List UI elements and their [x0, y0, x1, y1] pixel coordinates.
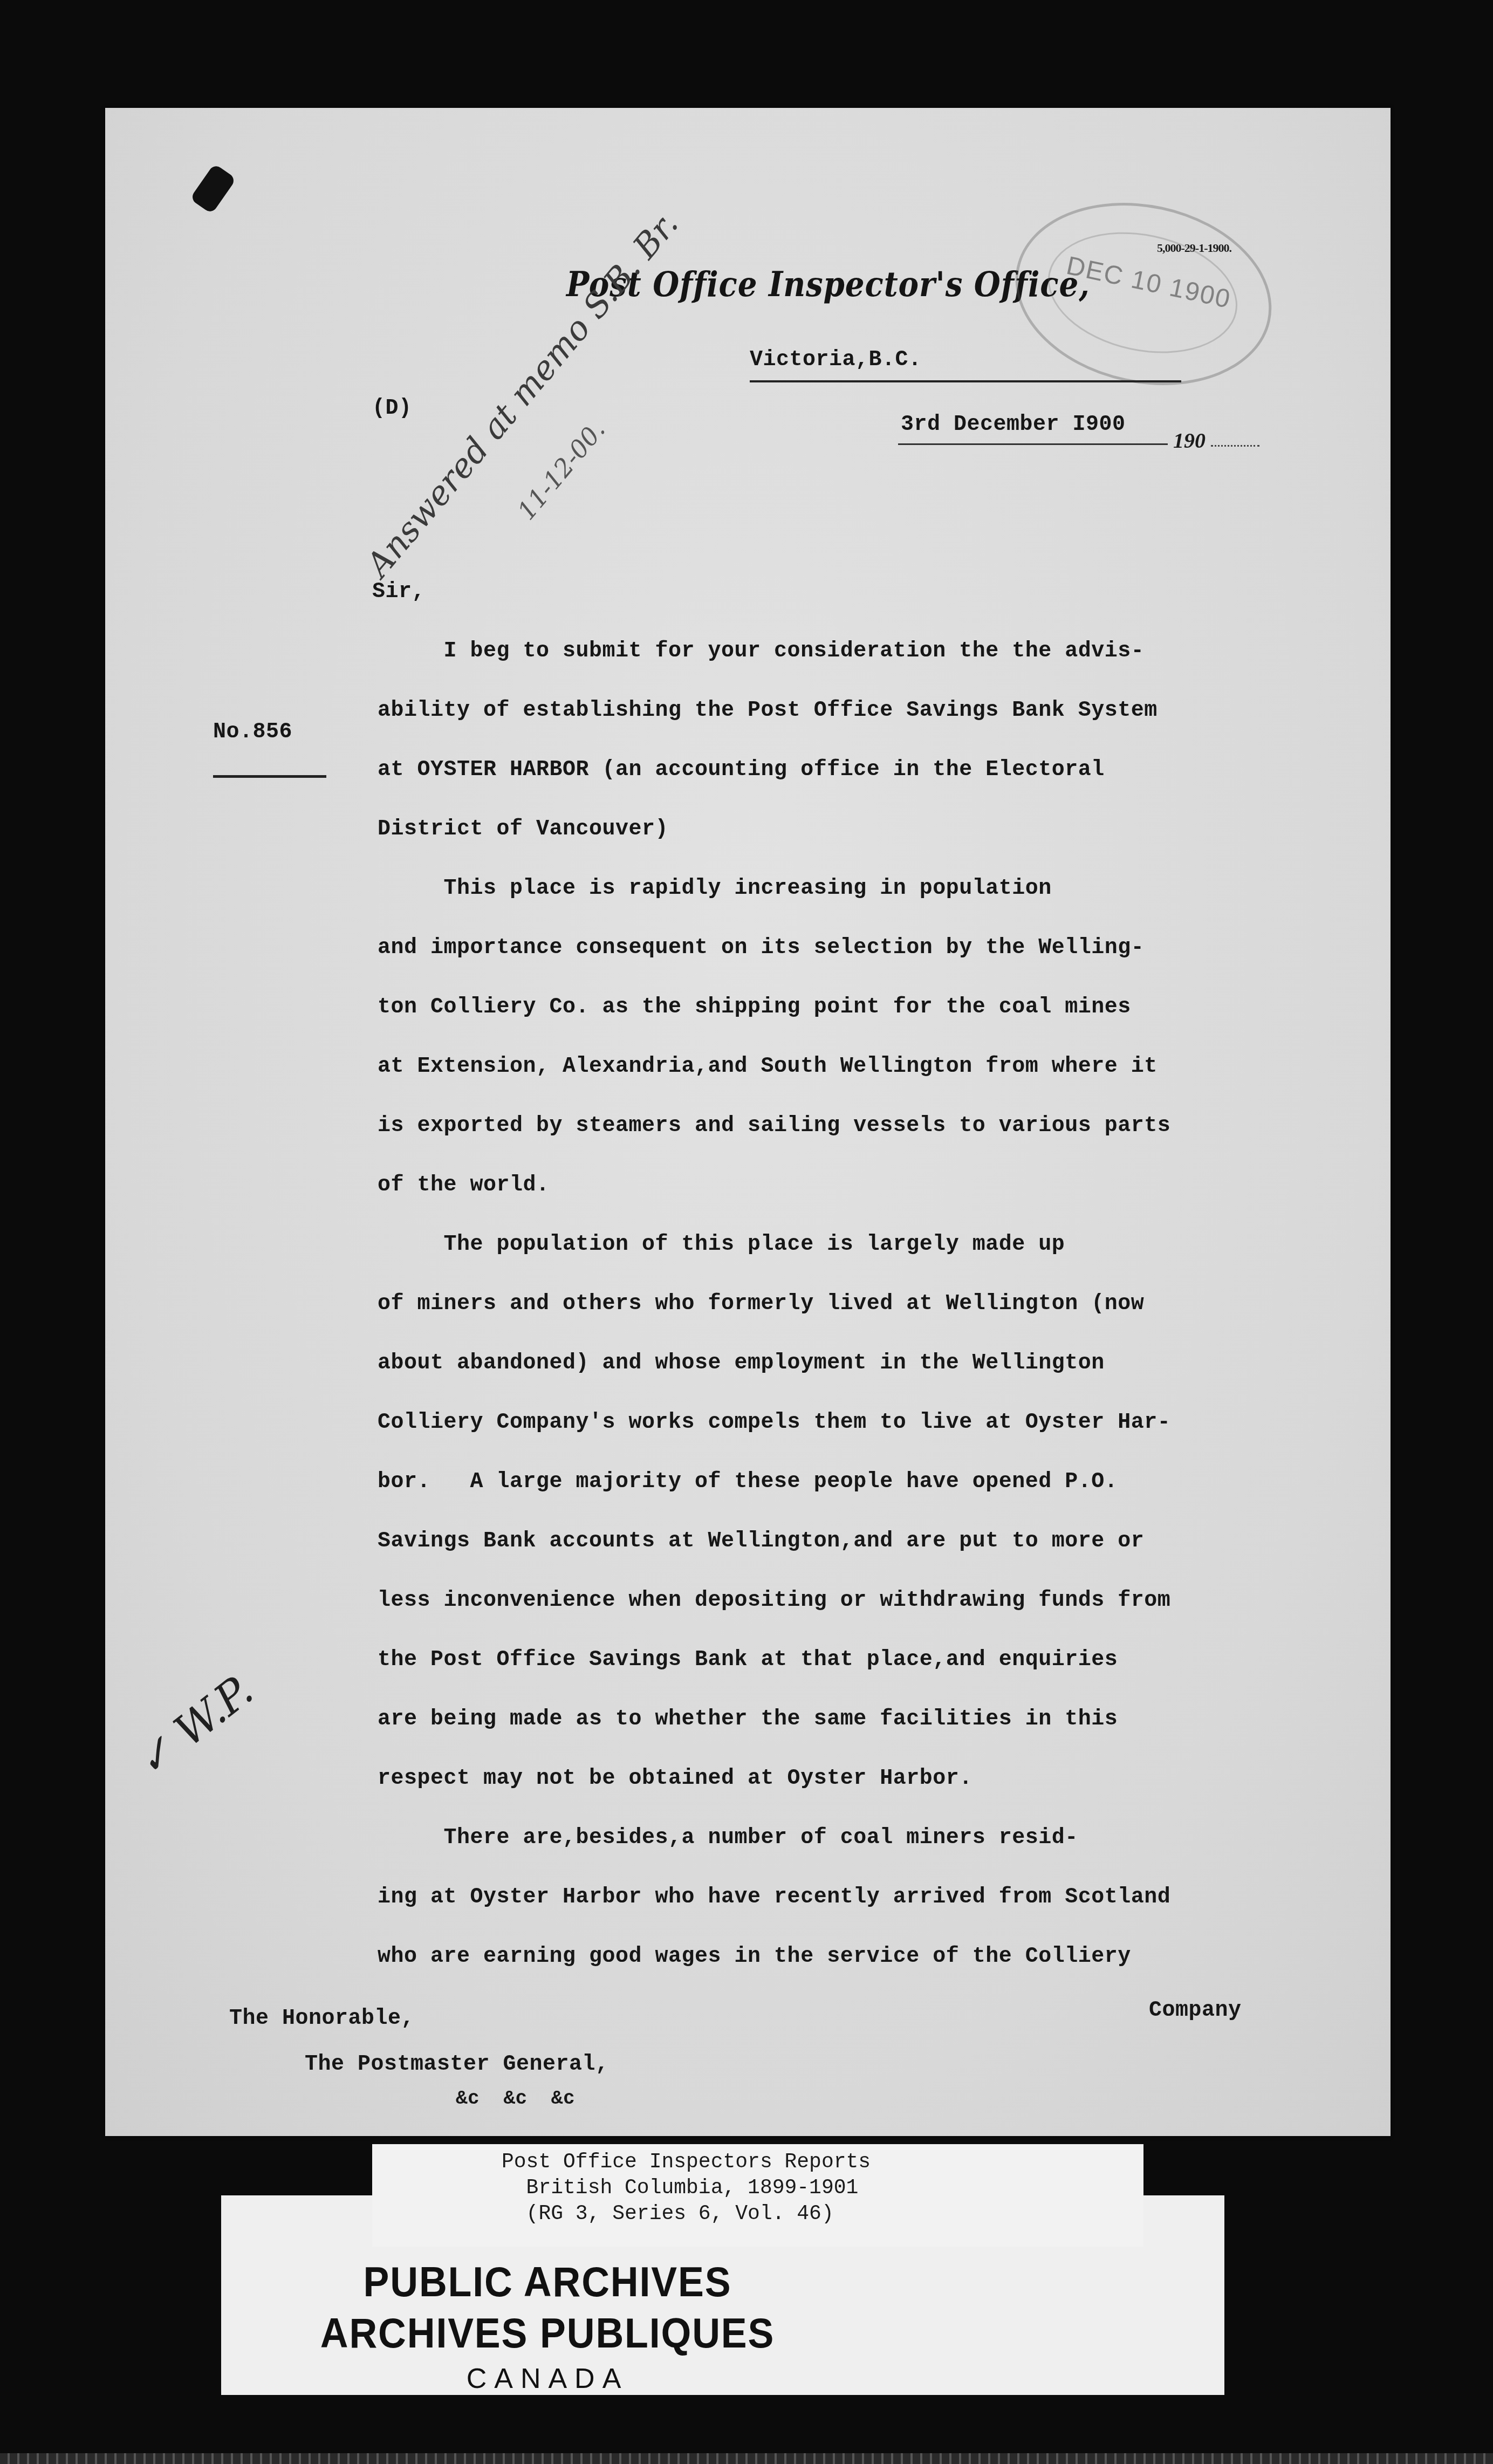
body-line: the Post Office Savings Bank at that pla… — [378, 1648, 1118, 1672]
film-edge — [0, 2453, 1493, 2464]
institution-name-fr: ARCHIVES PUBLIQUES — [292, 2309, 803, 2358]
body-line: bor. A large majority of these people ha… — [378, 1470, 1118, 1494]
catchword: Company — [1149, 1998, 1242, 2023]
body-line: District of Vancouver) — [378, 817, 668, 841]
body-line: respect may not be obtained at Oyster Ha… — [378, 1767, 972, 1791]
addressee-line-3: &c &c &c — [456, 2087, 575, 2110]
body-line: of the world. — [378, 1173, 550, 1197]
body-line: of miners and others who formerly lived … — [378, 1292, 1144, 1316]
body-line: ability of establishing the Post Office … — [378, 699, 1158, 723]
body-line: are being made as to whether the same fa… — [378, 1707, 1118, 1731]
institution-name-en: PUBLIC ARCHIVES — [292, 2257, 803, 2306]
country-name: CANADA — [270, 2363, 825, 2395]
margin-reference-number: No.856 — [213, 720, 292, 744]
date-printed-suffix: 190 — [1173, 428, 1206, 453]
series-label: Post Office Inspectors Reports British C… — [372, 2144, 1143, 2247]
body-line: There are,besides,a number of coal miner… — [378, 1826, 1078, 1850]
series-label-line: Post Office Inspectors Reports — [502, 2151, 871, 2174]
addressee-line-2: The Postmaster General, — [305, 2052, 609, 2077]
body-line: ing at Oyster Harbor who have recently a… — [378, 1885, 1170, 1909]
body-line: is exported by steamers and sailing vess… — [378, 1114, 1170, 1138]
body-line: and importance consequent on its selecti… — [378, 936, 1144, 960]
body-line: at OYSTER HARBOR (an accounting office i… — [378, 758, 1105, 782]
body-line: at Extension, Alexandria,and South Welli… — [378, 1055, 1158, 1079]
margin-reference-rule — [213, 775, 326, 778]
series-label-line: (RG 3, Series 6, Vol. 46) — [502, 2202, 834, 2226]
series-label-line: British Columbia, 1899-1901 — [502, 2176, 858, 2200]
body-line: I beg to submit for your consideration t… — [378, 639, 1144, 663]
body-line: The population of this place is largely … — [378, 1233, 1065, 1257]
addressee-line-1: The Honorable, — [229, 2007, 414, 2031]
date-underline — [898, 443, 1168, 445]
place-underline — [750, 380, 1181, 382]
salutation: Sir, — [372, 580, 425, 604]
date-dotted-line — [1211, 445, 1259, 447]
body-line: Savings Bank accounts at Wellington,and … — [378, 1529, 1144, 1553]
body-line: ton Colliery Co. as the shipping point f… — [378, 995, 1131, 1019]
body-line: about abandoned) and whose employment in… — [378, 1351, 1105, 1375]
letter-date: 3rd December I900 — [901, 413, 1126, 437]
body-line: This place is rapidly increasing in popu… — [378, 877, 1052, 901]
body-line: Colliery Company's works compels them to… — [378, 1411, 1170, 1435]
body-line: who are earning good wages in the servic… — [378, 1945, 1131, 1969]
category-mark: (D) — [372, 396, 412, 421]
body-line: less inconvenience when depositing or wi… — [378, 1589, 1170, 1613]
place-line: Victoria,B.C. — [750, 348, 922, 372]
